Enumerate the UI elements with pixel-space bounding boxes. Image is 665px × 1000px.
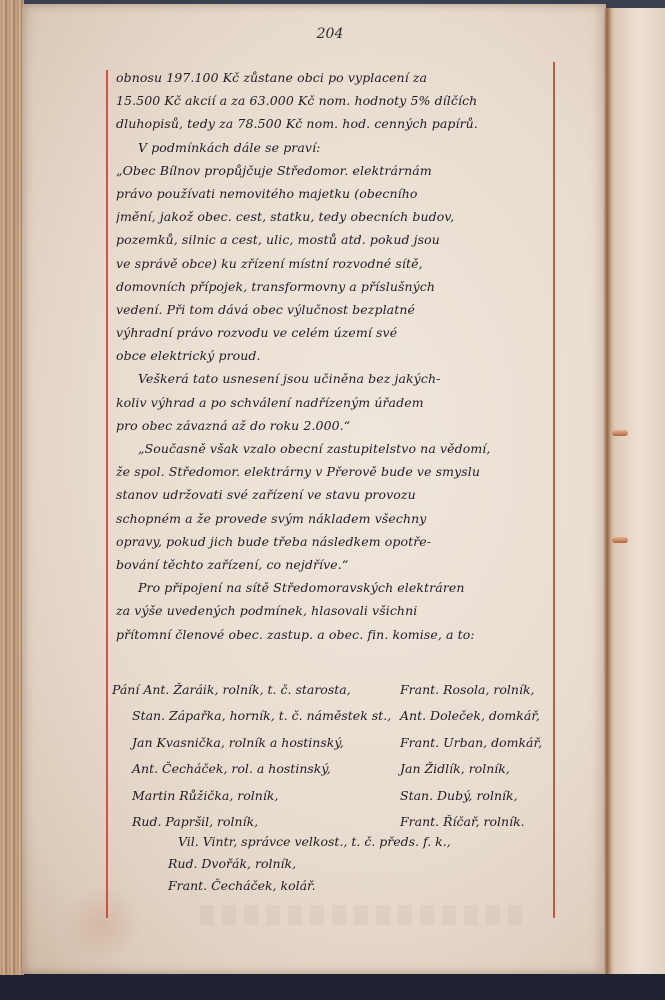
- signatories-list: Pání Ant. Žaráik, rolník, t. č. starosta…: [112, 676, 558, 835]
- text-line: 15.500 Kč akcií a za 63.000 Kč nom. hodn…: [116, 89, 554, 112]
- text-line: vedení. Při tom dává obec výlučnost bezp…: [116, 298, 554, 321]
- left-margin-rule: [106, 70, 108, 918]
- text-line: obce elektrický proud.: [116, 344, 554, 367]
- signatory-row: Ant. Čecháček, rol. a hostinský,Jan Židl…: [112, 756, 558, 783]
- signatory-right: Frant. Říčař, rolník.: [400, 814, 558, 829]
- page-number: 204: [300, 26, 360, 42]
- text-line: přítomní členové obec. zastup. a obec. f…: [116, 623, 554, 646]
- signatory-extra: Frant. Čecháček, kolář.: [168, 874, 451, 896]
- text-line: obnosu 197.100 Kč zůstane obci po vyplac…: [116, 66, 554, 89]
- signatory-right: Frant. Rosola, rolník,: [400, 682, 558, 697]
- minutes-text: obnosu 197.100 Kč zůstane obci po vyplac…: [116, 66, 554, 646]
- signatory-right: Frant. Urban, domkář,: [400, 735, 558, 750]
- text-line: pro obec závazná až do roku 2.000.“: [116, 414, 554, 437]
- signatory-left: Martin Růžička, rolník,: [112, 788, 400, 803]
- bleed-through-text: [200, 905, 530, 925]
- signatory-row: Martin Růžička, rolník,Stan. Dubý, rolní…: [112, 782, 558, 809]
- text-line: Veškerá tato usnesení jsou učiněna bez j…: [116, 367, 554, 390]
- text-line: „Obec Bílnov propůjčuje Středomor. elekt…: [116, 159, 554, 182]
- signatory-right: Ant. Doleček, domkář,: [400, 708, 558, 723]
- text-line: opravy, pokud jich bude třeba následkem …: [116, 530, 554, 553]
- text-line: za výše uvedených podmínek, hlasovali vš…: [116, 599, 554, 622]
- text-line: výhradní právo rozvodu ve celém území sv…: [116, 321, 554, 344]
- text-line: jmění, jakož obec. cest, statku, tedy ob…: [116, 205, 554, 228]
- signatory-left: Pání Ant. Žaráik, rolník, t. č. starosta…: [112, 682, 400, 697]
- signatory-row: Pání Ant. Žaráik, rolník, t. č. starosta…: [112, 676, 558, 703]
- signatory-left: Jan Kvasnička, rolník a hostinský,: [112, 735, 400, 750]
- signatory-extra: Rud. Dvořák, rolník,: [168, 852, 451, 874]
- text-line: koliv výhrad a po schválení nadřízeným ú…: [116, 391, 554, 414]
- binding-stitch: [612, 537, 628, 543]
- book-page-edges: [0, 0, 24, 975]
- binding-stitch: [612, 430, 628, 436]
- text-line: pozemků, silnic a cest, ulic, mostů atd.…: [116, 228, 554, 251]
- signatory-left: Rud. Papršil, rolník,: [112, 814, 400, 829]
- additional-signatories: Vil. Vintr, správce velkost., t. č. před…: [168, 830, 451, 896]
- signatory-left: Ant. Čecháček, rol. a hostinský,: [112, 761, 400, 776]
- book-gutter: [603, 8, 611, 974]
- signatory-right: Stan. Dubý, rolník,: [400, 788, 558, 803]
- text-line: V podmínkách dále se praví:: [116, 136, 554, 159]
- page-stain: [62, 884, 142, 964]
- signatory-extra: Vil. Vintr, správce velkost., t. č. před…: [168, 830, 451, 852]
- text-line: domovních přípojek, transformovny a přís…: [116, 275, 554, 298]
- text-line: stanov udržovati své zařízení ve stavu p…: [116, 483, 554, 506]
- signatory-row: Jan Kvasnička, rolník a hostinský,Frant.…: [112, 729, 558, 756]
- text-line: bování těchto zařízení, co nejdříve.“: [116, 553, 554, 576]
- text-line: právo používati nemovitého majetku (obec…: [116, 182, 554, 205]
- text-line: dluhopisů, tedy za 78.500 Kč nom. hod. c…: [116, 112, 554, 135]
- text-line: že spol. Středomor. elektrárny v Přerově…: [116, 460, 554, 483]
- text-line: „Současně však vzalo obecní zastupitelst…: [116, 437, 554, 460]
- text-line: Pro připojení na sítě Středomoravských e…: [116, 576, 554, 599]
- signatory-row: Stan. Zápařka, horník, t. č. náměstek st…: [112, 703, 558, 730]
- text-line: schopném a že provede svým nákladem všec…: [116, 507, 554, 530]
- signatory-left: Stan. Zápařka, horník, t. č. náměstek st…: [112, 708, 400, 723]
- signatory-right: Jan Židlík, rolník,: [400, 761, 558, 776]
- facing-page: [608, 8, 665, 974]
- text-line: ve správě obce) ku zřízení místní rozvod…: [116, 252, 554, 275]
